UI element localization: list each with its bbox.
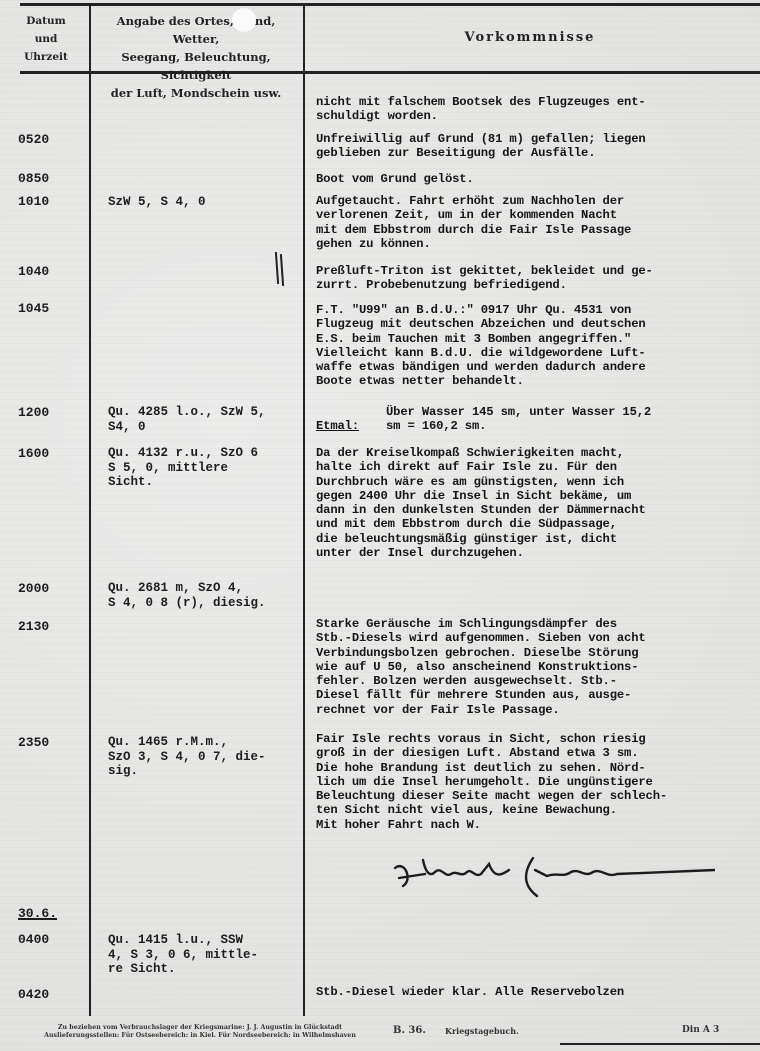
entry-event-text: F.T. "U99" an B.d.U.:" 0917 Uhr Qu. 4531… — [316, 303, 756, 389]
entry-event-text: Da der Kreiselkompaß Schwierigkeiten mac… — [316, 446, 756, 560]
entry-event-text: Über Wasser 145 sm, unter Wasser 15,2 sm… — [386, 405, 756, 434]
header-top-rule — [20, 3, 760, 6]
entry-time: 1600 — [18, 446, 78, 461]
document-page: Datum und Uhrzeit Angabe des Ortes, Wind… — [0, 0, 760, 1051]
footer-printer-note: Zu beziehen vom Verbrauchslager der Krie… — [30, 1024, 370, 1040]
entry-time: 0420 — [18, 987, 78, 1002]
footer-rule — [560, 1043, 760, 1045]
entry-time: 2350 — [18, 735, 78, 750]
etmal-label: Etmal: — [316, 419, 359, 433]
entry-time: 0850 — [18, 171, 78, 186]
entry-time: 1045 — [18, 301, 78, 316]
entry-time: 0520 — [18, 132, 78, 147]
entry-event-text: Fair Isle rechts voraus in Sicht, schon … — [316, 732, 756, 832]
header-date-column: Datum und Uhrzeit — [22, 12, 70, 66]
punch-hole — [232, 8, 256, 32]
footer-form-title: Kriegstagebuch. — [445, 1026, 519, 1036]
header-events-column: Vorkommnisse — [310, 30, 750, 45]
entry-place-weather: Qu. 4132 r.u., SzO 6 S 5, 0, mittlere Si… — [108, 446, 300, 490]
margin-mark — [275, 252, 279, 284]
entry-time: 0400 — [18, 932, 78, 947]
entry-event-text: Unfreiwillig auf Grund (81 m) gefallen; … — [316, 132, 756, 161]
entry-place-weather: SzW 5, S 4, 0 — [108, 195, 300, 210]
footer-paper-size: Din A 3 — [682, 1025, 719, 1035]
entry-place-weather: Qu. 2681 m, SzO 4, S 4, 0 8 (r), diesig. — [108, 581, 300, 610]
column-rule-date — [89, 4, 91, 1016]
entry-event-text: Boot vom Grund gelöst. — [316, 172, 756, 186]
entry-place-weather: Qu. 1465 r.M.m., SzO 3, S 4, 0 7, die- s… — [108, 735, 300, 779]
column-rule-place — [303, 4, 305, 1016]
header-place-column: Angabe des Ortes, Wind, Wetter, Seegang,… — [92, 12, 300, 102]
entry-time: 2130 — [18, 619, 78, 634]
margin-mark — [280, 254, 284, 286]
handwritten-signature — [385, 850, 715, 900]
entry-event-text: Preßluft-Triton ist gekittet, bekleidet … — [316, 264, 756, 293]
entry-date: 30.6. — [18, 906, 78, 921]
entry-event-text: Starke Geräusche im Schlingungsdämpfer d… — [316, 617, 756, 717]
entry-place-weather: Qu. 1415 l.u., SSW 4, S 3, 0 6, mittle- … — [108, 933, 300, 977]
entry-event-text: nicht mit falschem Bootsek des Flugzeuge… — [316, 95, 756, 124]
footer-form-number: B. 36. — [393, 1025, 426, 1036]
entry-time: 2000 — [18, 581, 78, 596]
entry-event-text: Aufgetaucht. Fahrt erhöht zum Nachholen … — [316, 194, 756, 251]
entry-event-text: Stb.-Diesel wieder klar. Alle Reservebol… — [316, 985, 756, 999]
entry-time: 1040 — [18, 264, 78, 279]
entry-place-weather: Qu. 4285 l.o., SzW 5, S4, 0 — [108, 405, 300, 434]
entry-time: 1010 — [18, 194, 78, 209]
entry-time: 1200 — [18, 405, 78, 420]
